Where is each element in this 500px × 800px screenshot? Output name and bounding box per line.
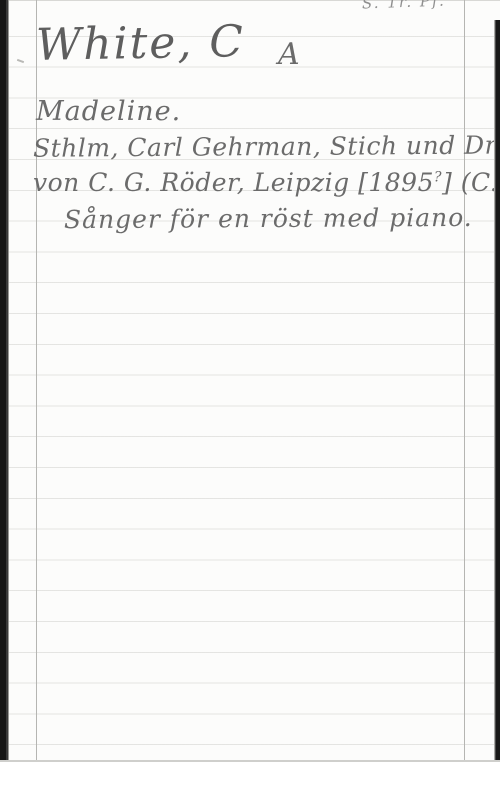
imprint-line-2: von C. G. Röder, Leipzig [1895?] (C.G.61… — [33, 170, 500, 195]
description-note: Sånger för en röst med piano. — [64, 205, 473, 232]
imprint-plate-number: ] (C.G.615.) — [442, 168, 500, 197]
scanner-edge-left — [0, 0, 9, 762]
shelf-mark-note: S. 1r. Pf. — [362, 0, 446, 11]
imprint-line-1: Sthlm, Carl Gehrman, Stich und Druck — [33, 132, 500, 161]
work-title: Madeline. — [36, 98, 181, 125]
stray-pencil-mark — [17, 59, 24, 63]
catalog-card: S. 1r. Pf. White, C A Madeline. Sthlm, C… — [0, 0, 500, 762]
right-margin-line — [464, 0, 465, 762]
imprint-line-2-text: von C. G. Röder, Leipzig [1895 — [33, 168, 434, 197]
scanned-catalog-card-page: S. 1r. Pf. White, C A Madeline. Sthlm, C… — [0, 0, 500, 800]
card-bottom-edge — [0, 760, 500, 762]
scanner-edge-right — [494, 20, 500, 762]
heading-author-name: White, C — [36, 20, 246, 68]
imprint-year-question-mark: ? — [434, 170, 442, 186]
heading-secondary-initial: A — [278, 40, 300, 70]
